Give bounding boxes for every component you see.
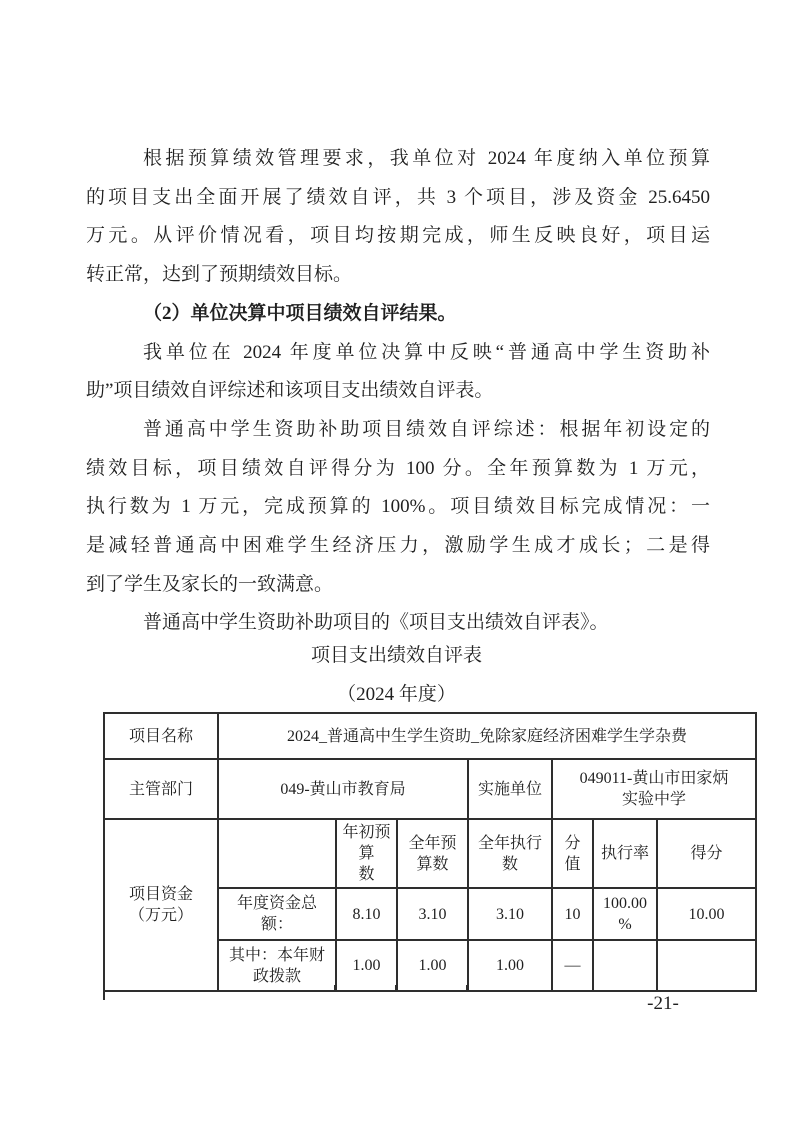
body-line: 根据预算绩效管理要求，我单位对 2024 年度纳入单位预算 (86, 140, 710, 179)
table-cut-line (334, 985, 336, 991)
cell-unit-label: 实施单位 (468, 759, 552, 819)
body-line: 我单位在 2024 年度单位决算中反映“普通高中学生资助补 (86, 334, 710, 373)
cell-weight: — (552, 940, 593, 991)
cell-project-name-label: 项目名称 (104, 713, 218, 759)
cell-unit-value: 049011-黄山市田家炳 实验中学 (552, 759, 756, 819)
table-cut-line (103, 985, 105, 1000)
cell-year-budget: 3.10 (397, 888, 468, 940)
body-line: 万元。从评价情况看，项目均按期完成，师生反映良好，项目运 (86, 217, 710, 256)
body-text: 根据预算绩效管理要求，我单位对 2024 年度纳入单位预算 的项目支出全面开展了… (86, 140, 710, 643)
cell-blank-header (218, 819, 336, 888)
header-begin-budget: 年初预算 数 (336, 819, 397, 888)
header-score: 得分 (657, 819, 756, 888)
table-year-subtitle: （2024 年度） (0, 676, 793, 715)
header-exec-rate: 执行率 (593, 819, 657, 888)
cell-score: 10.00 (657, 888, 756, 940)
cell-year-exec: 1.00 (468, 940, 552, 991)
section-heading: （2）单位决算中项目绩效自评结果。 (86, 295, 710, 334)
header-year-exec: 全年执行 数 (468, 819, 552, 888)
page-number: -21- (628, 992, 698, 1016)
table-cut-line (466, 985, 468, 991)
cell-year-budget: 1.00 (397, 940, 468, 991)
header-weight: 分 值 (552, 819, 593, 888)
cell-begin-budget: 1.00 (336, 940, 397, 991)
cell-dept-label: 主管部门 (104, 759, 218, 819)
cell-begin-budget: 8.10 (336, 888, 397, 940)
cell-row-label: 年度资金总 额： (218, 888, 336, 940)
cell-year-exec: 3.10 (468, 888, 552, 940)
body-line: 转正常，达到了预期绩效目标。 (86, 256, 710, 295)
table-title: 项目支出绩效自评表 (0, 637, 793, 676)
cell-row-label: 其中：本年财 政拨款 (218, 940, 336, 991)
table-cut-line (395, 985, 397, 991)
cell-score (657, 940, 756, 991)
body-line: 助”项目绩效自评综述和该项目支出绩效自评表。 (86, 372, 710, 411)
body-line: 的项目支出全面开展了绩效自评，共 3 个项目，涉及资金 25.6450 (86, 179, 710, 218)
document-page: 根据预算绩效管理要求，我单位对 2024 年度纳入单位预算 的项目支出全面开展了… (0, 0, 793, 1122)
table-row: 主管部门 049-黄山市教育局 实施单位 049011-黄山市田家炳 实验中学 (104, 759, 756, 819)
body-line: 到了学生及家长的一致满意。 (86, 566, 710, 605)
cell-weight: 10 (552, 888, 593, 940)
table-row: 项目名称 2024_普通高中生学生资助_免除家庭经济困难学生学杂费 (104, 713, 756, 759)
body-line: 普通高中学生资助补助项目绩效自评综述：根据年初设定的 (86, 411, 710, 450)
cell-funds-label: 项目资金 （万元） (104, 819, 218, 991)
cell-project-name-value: 2024_普通高中生学生资助_免除家庭经济困难学生学杂费 (218, 713, 756, 759)
body-line: 是减轻普通高中困难学生经济压力，激励学生成才成长；二是得 (86, 527, 710, 566)
self-evaluation-table: 项目名称 2024_普通高中生学生资助_免除家庭经济困难学生学杂费 主管部门 0… (103, 712, 755, 992)
table-header-row: 项目资金 （万元） 年初预算 数 全年预算数 全年执行 数 分 值 执行率 得分 (104, 819, 756, 888)
cell-dept-value: 049-黄山市教育局 (218, 759, 468, 819)
cell-exec-rate: 100.00 % (593, 888, 657, 940)
cell-exec-rate (593, 940, 657, 991)
body-line: 执行数为 1 万元，完成预算的 100%。项目绩效目标完成情况：一 (86, 488, 710, 527)
body-line: 绩效目标，项目绩效自评得分为 100 分。全年预算数为 1 万元， (86, 450, 710, 489)
header-year-budget: 全年预算数 (397, 819, 468, 888)
